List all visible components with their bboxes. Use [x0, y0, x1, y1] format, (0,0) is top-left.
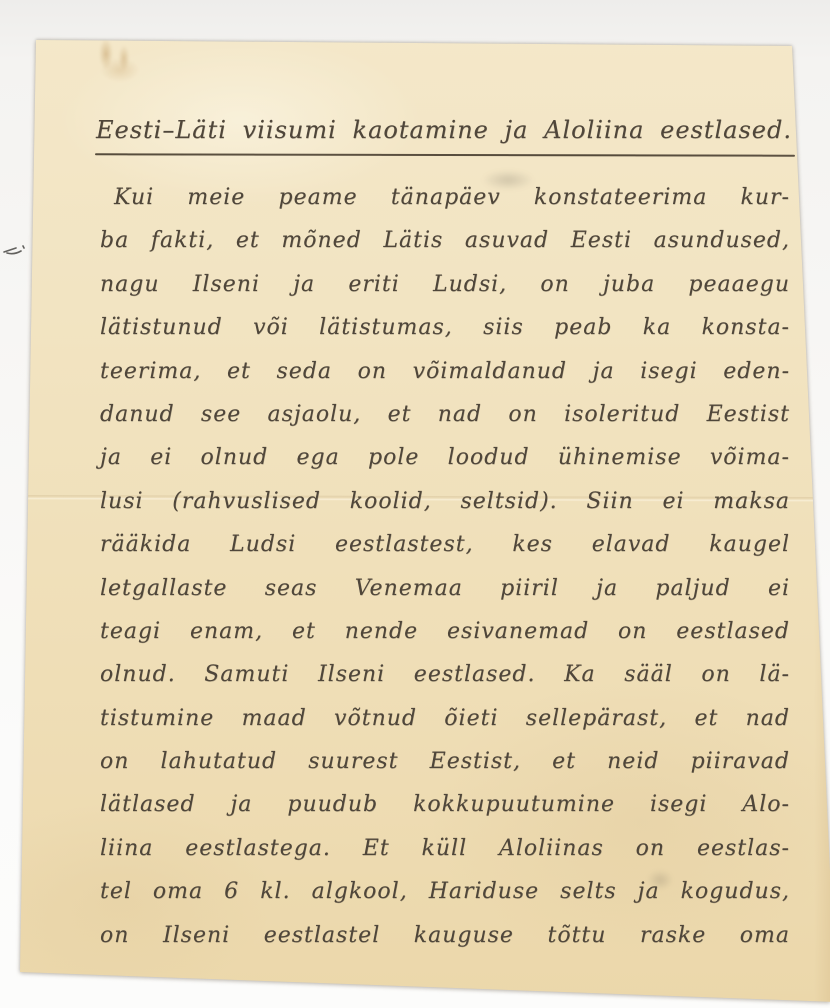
letter-body: Kui meie peame tänapäev konstateerima ku… [100, 176, 790, 957]
letter-paper: Eesti–Läti viisumi kaotamine ja Aloliina… [0, 0, 830, 1008]
handwritten-line: Kui meie peame tänapäev konstateerima ku… [100, 176, 790, 219]
handwritten-line: ja ei olnud ega pole loodud ühinemise võ… [100, 436, 790, 479]
paper-stain [86, 36, 152, 84]
handwritten-line: rääkida Ludsi eestlastest, kes elavad ka… [100, 523, 790, 566]
handwritten-line: lusi (rahvuslised koolid, seltsid). Siin… [100, 480, 790, 523]
handwritten-line: on lahutatud suurest Eestist, et neid pi… [100, 740, 790, 783]
letter-title: Eesti–Läti viisumi kaotamine ja Aloliina… [96, 116, 792, 144]
handwritten-line: liina eestlastega. Et küll Aloliinas on … [100, 827, 790, 870]
handwritten-line: tistumine maad võtnud õieti sellepärast,… [100, 697, 790, 740]
handwritten-line: lätlased ja puudub kokkupuutumine isegi … [100, 783, 790, 826]
scan-background: Eesti–Läti viisumi kaotamine ja Aloliina… [0, 0, 830, 1008]
handwritten-line: teagi enam, et nende esivanemad on eestl… [100, 610, 790, 653]
paper-shadow: Eesti–Läti viisumi kaotamine ja Aloliina… [0, 0, 830, 1008]
title-underline [95, 153, 795, 156]
handwritten-line: danud see asjaolu, et nad on isoleritud … [100, 393, 790, 436]
handwritten-line: on Ilseni eestlastel kauguse tõttu raske… [100, 914, 790, 957]
handwritten-line: tel oma 6 kl. algkool, Hariduse selts ja… [100, 870, 790, 913]
handwritten-line: olnud. Samuti Ilseni eestlased. Ka sääl … [100, 653, 790, 696]
handwritten-line: nagu Ilseni ja eriti Ludsi, on juba peaa… [100, 263, 790, 306]
handwritten-line: lätistunud või lätistumas, siis peab ka … [100, 306, 790, 349]
handwritten-line: ba fakti, et mõned Lätis asuvad Eesti as… [100, 219, 790, 262]
handwritten-line: letgallaste seas Venemaa piiril ja palju… [100, 567, 790, 610]
handwritten-line: teerima, et seda on võimaldanud ja isegi… [100, 350, 790, 393]
